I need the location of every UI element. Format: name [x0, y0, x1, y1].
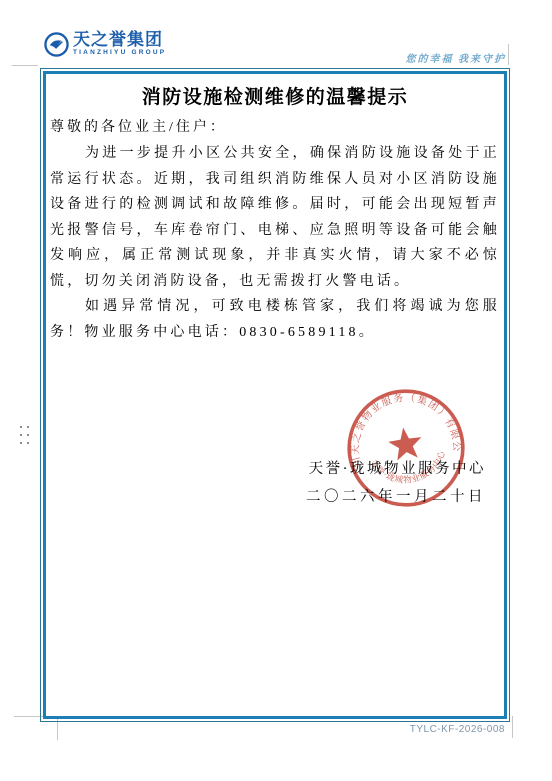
- company-slogan: 您的幸福 我来守护: [406, 50, 507, 65]
- signature-block: 天誉·珑城物业服务中心 二〇二六年一月二十日: [50, 455, 500, 511]
- notice-paragraph: 为进一步提升小区公共安全，确保消防设施设备处于正常运行状态。近期，我司组织消防维…: [50, 141, 500, 294]
- document-code: TYLC-KF-2026-008: [410, 724, 505, 735]
- company-name: 天之誉集团: [73, 30, 166, 49]
- company-logo: 天之誉集团 TIANZHIYU GROUP: [44, 30, 166, 57]
- notice-paragraph: 如遇异常情况，可致电楼栋管家，我们将竭诚为您服务！物业服务中心电话：0830-6…: [50, 294, 500, 345]
- signature-name: 天誉·珑城物业服务中心: [50, 455, 486, 483]
- company-name-en: TIANZHIYU GROUP: [73, 49, 166, 57]
- crop-mark-top-left: [12, 65, 38, 66]
- crop-mark-top-right: [508, 44, 509, 65]
- crop-mark-bottom-right: [512, 716, 513, 738]
- company-logo-icon: [44, 32, 69, 57]
- drag-handle-dots-icon[interactable]: [20, 426, 29, 444]
- notice-salutation: 尊敬的各位业主/住户：: [50, 115, 500, 141]
- signature-date: 二〇二六年一月二十日: [50, 483, 486, 511]
- notice-title: 消防设施检测维修的温馨提示: [50, 82, 500, 109]
